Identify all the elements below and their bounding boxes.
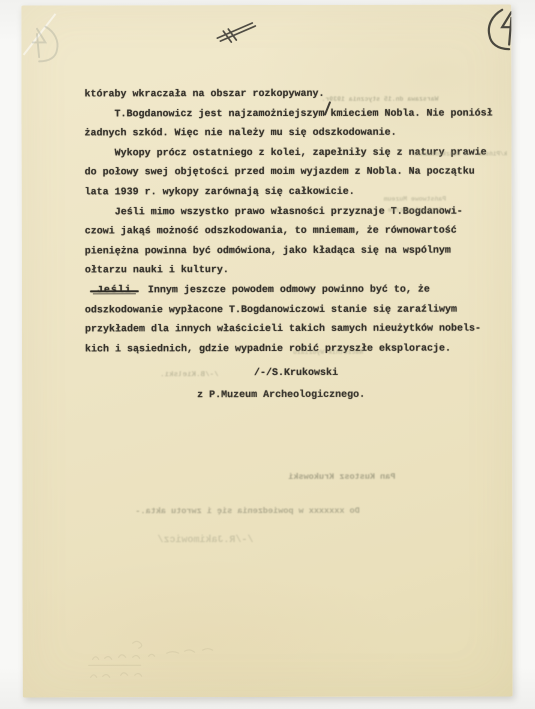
bleedthrough-corner-mark: [27, 23, 61, 63]
bleedthrough-signature-line: /-/B.Kielski.: [160, 371, 219, 379]
signature-affiliation: z P.Muzeum Archeologicznego.: [197, 390, 365, 401]
typed-line: przykładem dla innych właścicieli takich…: [85, 320, 497, 340]
typed-line: żadnych szkód. Więc nie należy mu się od…: [85, 124, 497, 144]
paper-sheet: (4 któraby wkraczała na obszar rozkopywa…: [21, 4, 512, 697]
scanned-document-view: (4 któraby wkraczała na obszar rozkopywa…: [0, 0, 535, 709]
typed-line: ołtarzu nauki i kultury.: [85, 261, 497, 281]
typed-text-block: któraby wkraczała na obszar rozkopywany.…: [84, 85, 497, 360]
bleedthrough-museum-line: Państwowe Muzeum: [384, 196, 446, 203]
bleedthrough-addressee-line: Pan Kustosz Krukowski: [288, 472, 395, 482]
typed-line: czowi jakąś możność odszkodowania, to mn…: [85, 222, 497, 242]
pencil-scribble: [75, 635, 235, 695]
typed-line: pieniężna powinna być odmówiona, jako kł…: [85, 241, 497, 261]
typed-line: JeśliInnym jeszcze powodem odmowy powinn…: [85, 280, 497, 300]
struck-out-word: Jeśli: [97, 281, 132, 301]
bleedthrough-title-line: Naczelnik Wydziału: [293, 349, 363, 356]
bleedthrough-museum-line: Archeologiczne: [388, 207, 443, 214]
signature-name: /-/S.Krukowski: [254, 368, 338, 379]
bleedthrough-subject-line: k/Pińska - o odszkodowanie: [414, 150, 508, 157]
pen-flourish-icon: [214, 17, 258, 45]
bleedthrough-signature-line: /-/R.Jakimowicz/: [157, 535, 253, 546]
typed-line: do połowy swej objętości przed moim wyja…: [85, 163, 497, 183]
typed-line: odszkodowanie wypłacone T.Bogdanowiczowi…: [85, 300, 497, 320]
typed-line: kich i sąsiednich, gdzie wypadnie robić …: [85, 339, 497, 359]
bleedthrough-note-line: Do xxxxxxx w powiedzenia się i zwrotu ak…: [135, 506, 359, 516]
page-number-annotation: (4: [485, 7, 512, 51]
typed-line: T.Bogdanowicz jest najzamożniejszym kmie…: [84, 104, 496, 124]
bleedthrough-date-line: Warszawa dn.15 stycznia 1939r.: [321, 96, 438, 103]
